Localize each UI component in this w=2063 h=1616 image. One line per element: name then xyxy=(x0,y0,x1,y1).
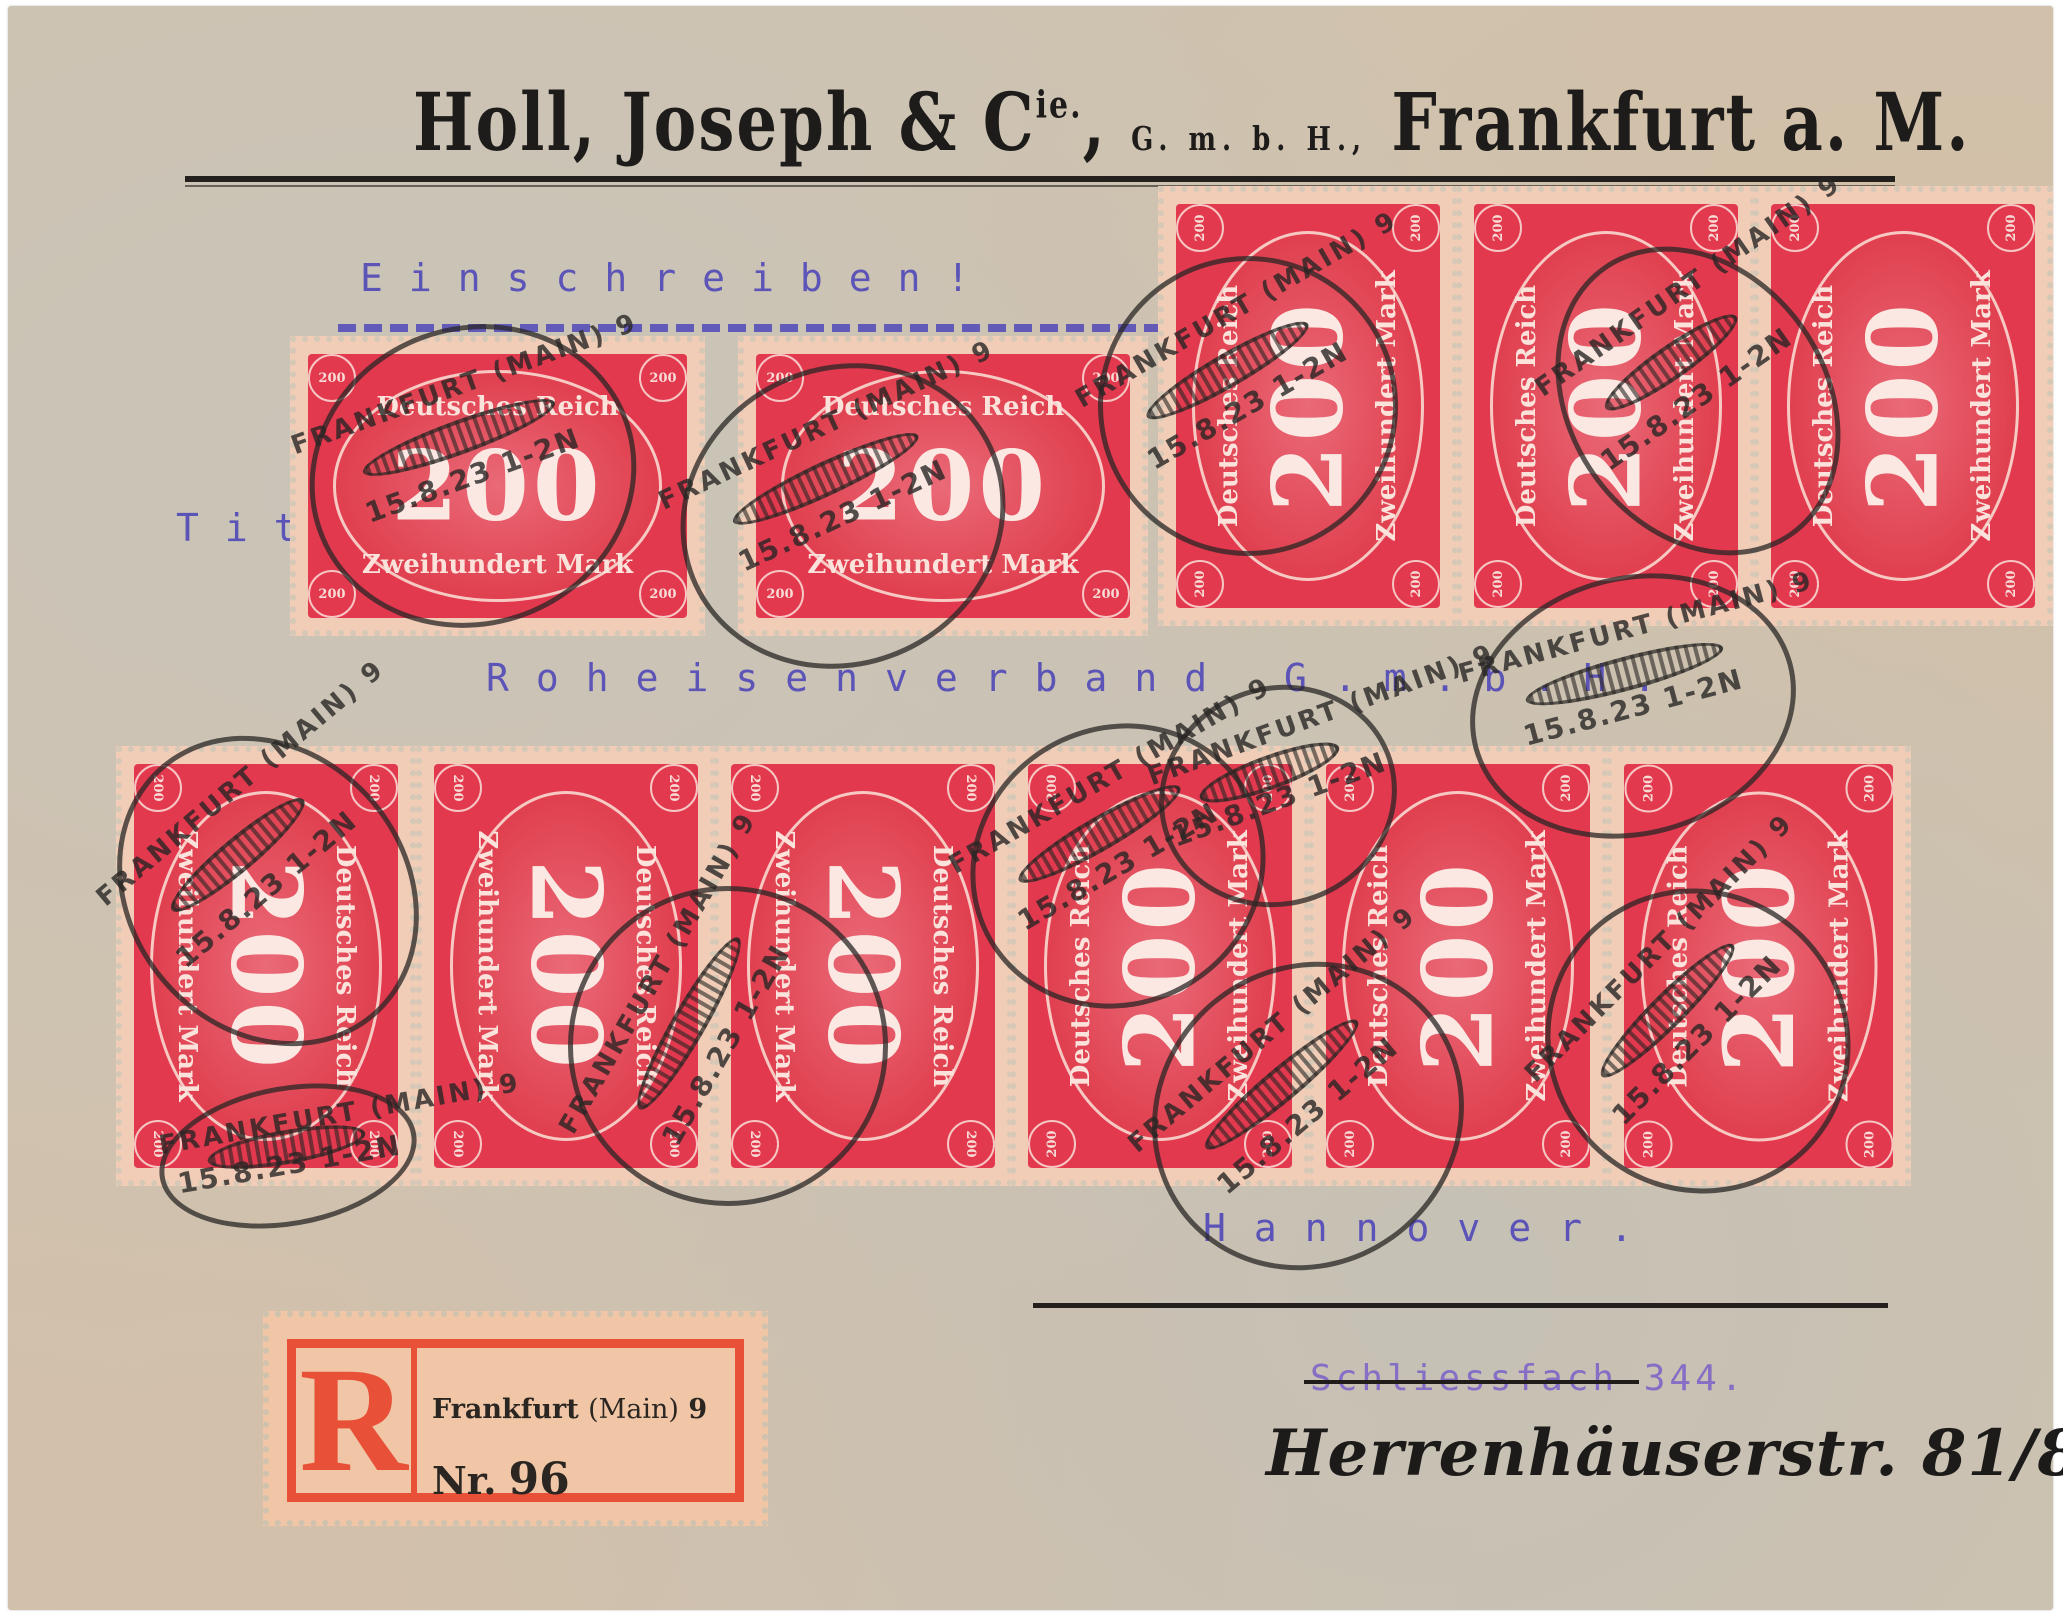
sender-legal-form: G. m. b. H., xyxy=(1131,121,1367,159)
registration-office-city: Frankfurt xyxy=(432,1394,579,1425)
postmark-date: 15.8.23 1-2N xyxy=(1583,926,1811,1154)
handwritten-address: Herrenhäuserstr. 81/82 xyxy=(1266,1416,2063,1491)
postmark-date: 15.8.23 1-2N xyxy=(1178,1003,1437,1228)
sender-city: Frankfurt a. M. xyxy=(1391,76,1970,170)
stamp-issuer-text: Deutsches Reich xyxy=(1512,204,1542,608)
header-rule xyxy=(185,176,1895,182)
sender-name-superscript: ie. xyxy=(1036,84,1083,128)
registration-label: R Frankfurt (Main) 9 Nr.96 xyxy=(263,1311,768,1526)
strike-through-line xyxy=(1304,1380,1639,1384)
registered-marking: Einschreiben! xyxy=(360,256,995,300)
registration-number-value: 96 xyxy=(509,1454,570,1505)
sender-name: Holl, Joseph & C xyxy=(413,76,1036,170)
address-rule xyxy=(1033,1303,1888,1308)
envelope: Holl, Joseph & Cie., G. m. b. H., Frankf… xyxy=(8,6,2053,1610)
sender-letterhead: Holl, Joseph & Cie., G. m. b. H., Frankf… xyxy=(413,76,1683,170)
stamp-value-text: Zweihundert Mark xyxy=(472,764,502,1168)
registration-r-mark: R xyxy=(296,1340,411,1500)
registration-number-label: Nr. xyxy=(432,1458,497,1503)
registration-office-region: (Main) xyxy=(588,1394,679,1425)
registration-office: Frankfurt (Main) 9 xyxy=(432,1394,707,1425)
registration-label-frame: R Frankfurt (Main) 9 Nr.96 xyxy=(287,1339,744,1502)
stamp-denomination: 200 xyxy=(1847,204,1960,608)
registration-number: Nr.96 xyxy=(432,1454,570,1505)
registration-divider xyxy=(411,1348,417,1493)
struck-address: Schliessfach 344. xyxy=(1310,1358,1746,1399)
stamp-issuer-text: Deutsches Reich xyxy=(927,764,957,1168)
stamp-value-text: Zweihundert Mark xyxy=(1967,204,1997,608)
registration-office-number: 9 xyxy=(688,1394,707,1425)
